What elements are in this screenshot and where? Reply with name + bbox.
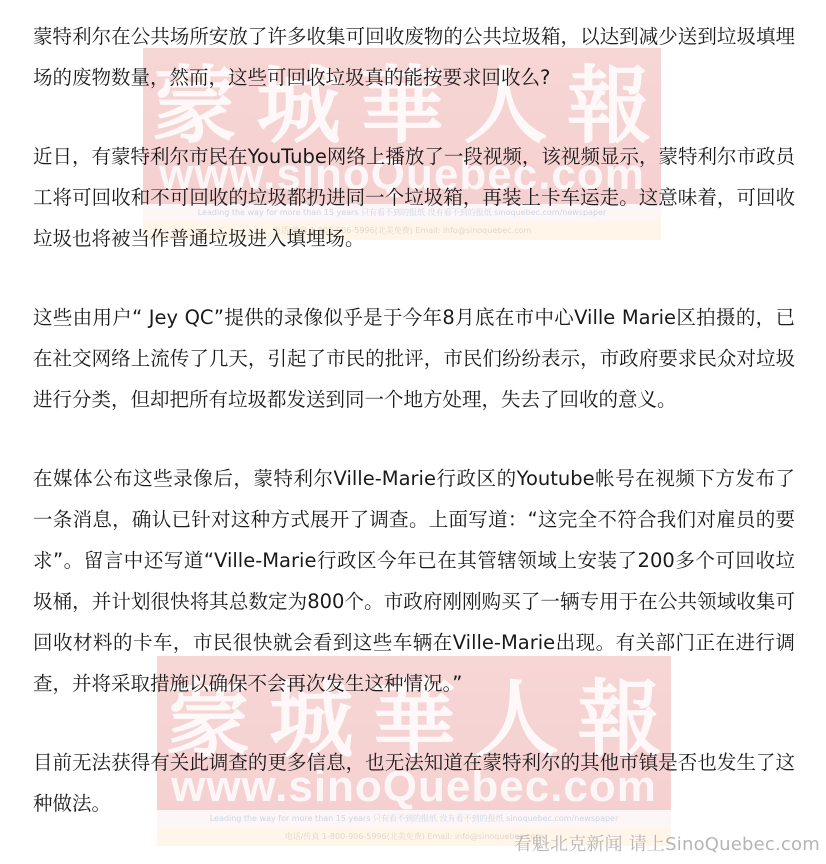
source-credit: 看魁北克新闻 请上SinoQuebec.com <box>514 830 820 856</box>
article-paragraph-2: 近日，有蒙特利尔市民在YouTube网络上播放了一段视频，该视频显示，蒙特利尔市… <box>33 136 795 259</box>
article-paragraph-3: 这些由用户“ Jey QC”提供的录像似乎是于今年8月底在市中心Ville Ma… <box>33 297 795 420</box>
article-paragraph-1: 蒙特利尔在公共场所安放了许多收集可回收废物的公共垃圾箱，以达到减少送到垃圾填埋场… <box>33 16 795 98</box>
article-paragraph-4: 在媒体公布这些录像后，蒙特利尔Ville-Marie行政区的Youtube帐号在… <box>33 458 795 704</box>
article-paragraph-5: 目前无法获得有关此调查的更多信息，也无法知道在蒙特利尔的其他市镇是否也发生了这种… <box>33 742 795 824</box>
article-body: 蒙特利尔在公共场所安放了许多收集可回收废物的公共垃圾箱，以达到减少送到垃圾填埋场… <box>33 16 795 862</box>
